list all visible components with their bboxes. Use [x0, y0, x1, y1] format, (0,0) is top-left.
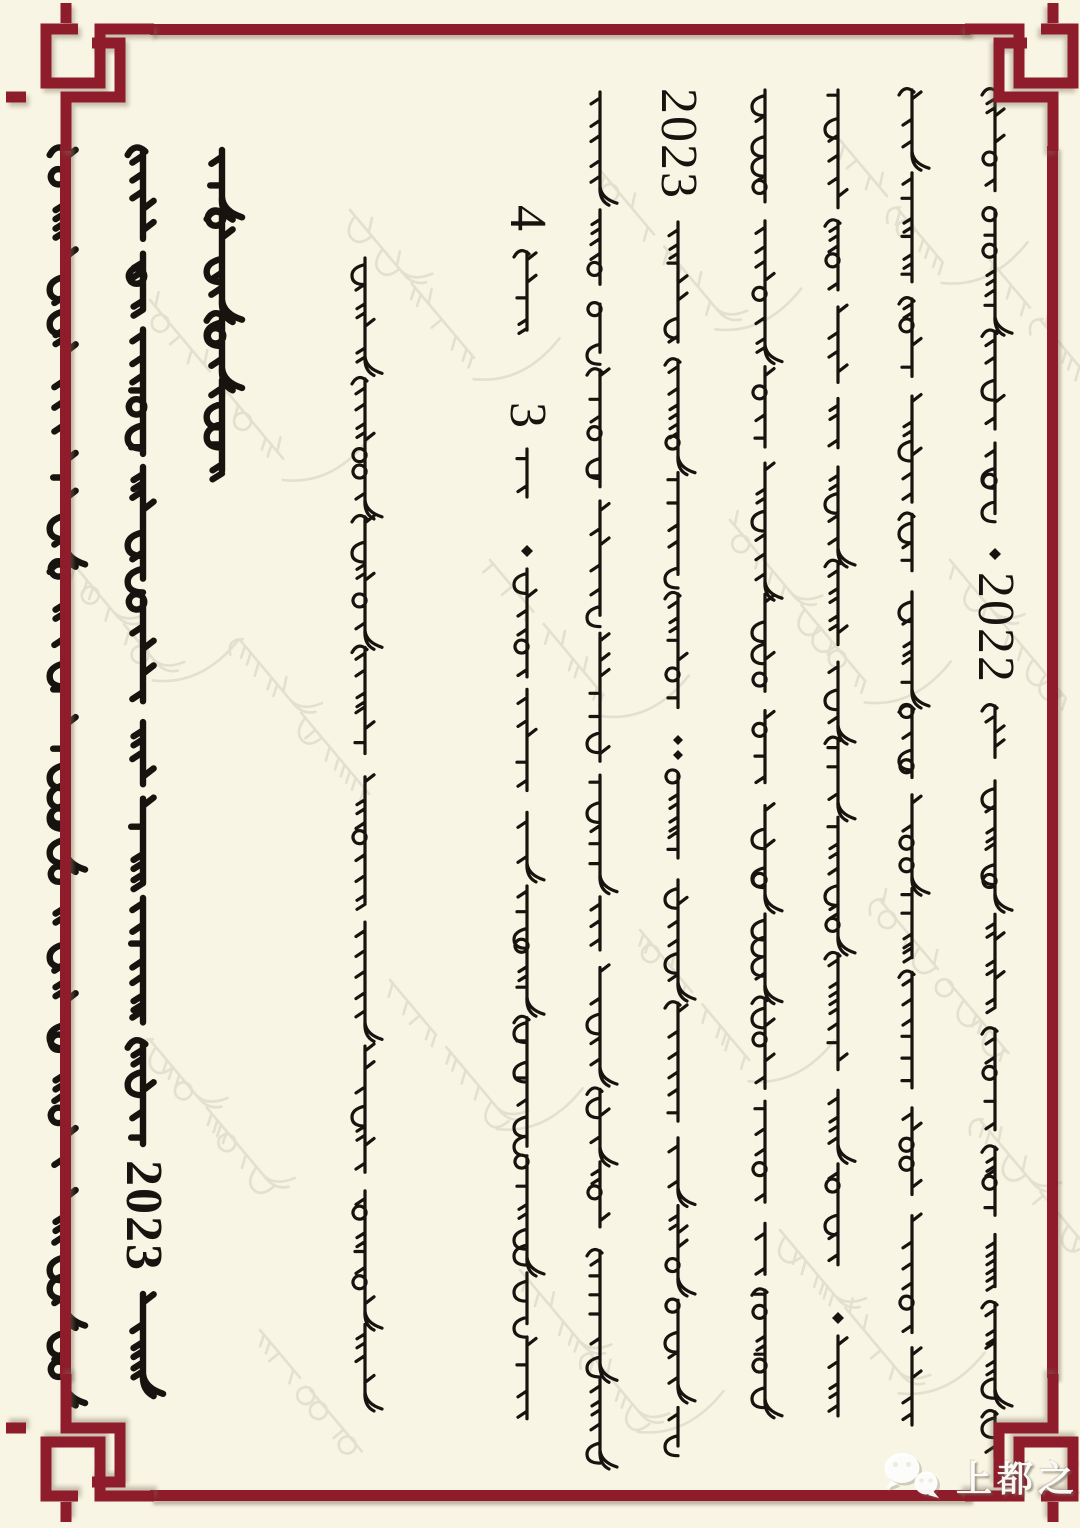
border-line-left	[60, 146, 71, 1378]
border-line-bottom	[150, 1490, 970, 1501]
inline-year-number: 3	[499, 402, 556, 430]
inline-year-number: 2023	[115, 1160, 172, 1272]
mongolian-column-body-col-3	[587, 92, 617, 1469]
watermark-script-fragment	[138, 249, 371, 501]
corner-knot-ornament-top-right	[965, 1, 1080, 151]
watermark-script-fragment	[716, 468, 953, 725]
mongolian-column-body-col-1	[352, 258, 382, 1411]
watermark-script-fragment	[479, 510, 690, 737]
mongolian-text-block: 20234320232022	[50, 88, 1024, 1469]
mongolian-column-title-col-2: 2023	[115, 147, 172, 1396]
watermark-script-fragment	[225, 623, 386, 805]
mongolian-column-title-col-3	[207, 150, 242, 479]
wechat-icon	[882, 1450, 946, 1502]
watermark-script-fragment	[977, 210, 1080, 417]
mongolian-column-body-col-2: 43	[499, 205, 556, 1419]
corner-knot-ornament-bottom-left	[4, 1374, 154, 1524]
mongolian-column-body-col-8: 2022	[967, 89, 1024, 1458]
watermark-script-fragment	[58, 510, 241, 702]
mongolian-column-body-col-5	[752, 90, 782, 1418]
mongolian-column-body-col-7	[899, 89, 929, 1425]
border-line-right	[1047, 146, 1058, 1378]
inline-year-number: 2022	[967, 572, 1024, 684]
mongolian-text-artwork: 20234320232022	[0, 0, 1080, 1528]
watermark-script-fragment	[965, 1067, 1080, 1289]
watermark-script-fragment	[377, 930, 585, 1152]
wechat-account-watermark: 上都之声	[882, 1450, 1080, 1502]
inline-year-number: 2023	[650, 88, 707, 200]
watermark-script-fragment	[628, 880, 836, 1103]
watermark-script-fragment	[507, 1220, 725, 1455]
watermark-script-fragment	[248, 1329, 363, 1461]
mongolian-column-body-col-4: 2023	[650, 88, 707, 1456]
corner-knot-ornament-top-left	[4, 1, 154, 151]
document-page: 20234320232022	[0, 0, 1080, 1528]
inline-year-number: 4	[499, 205, 556, 233]
logo-text: 上都之声	[956, 1451, 1080, 1502]
mongolian-column-body-col-6	[825, 90, 855, 1416]
border-line-top	[150, 24, 970, 35]
watermark-script-fragment	[767, 1180, 987, 1416]
